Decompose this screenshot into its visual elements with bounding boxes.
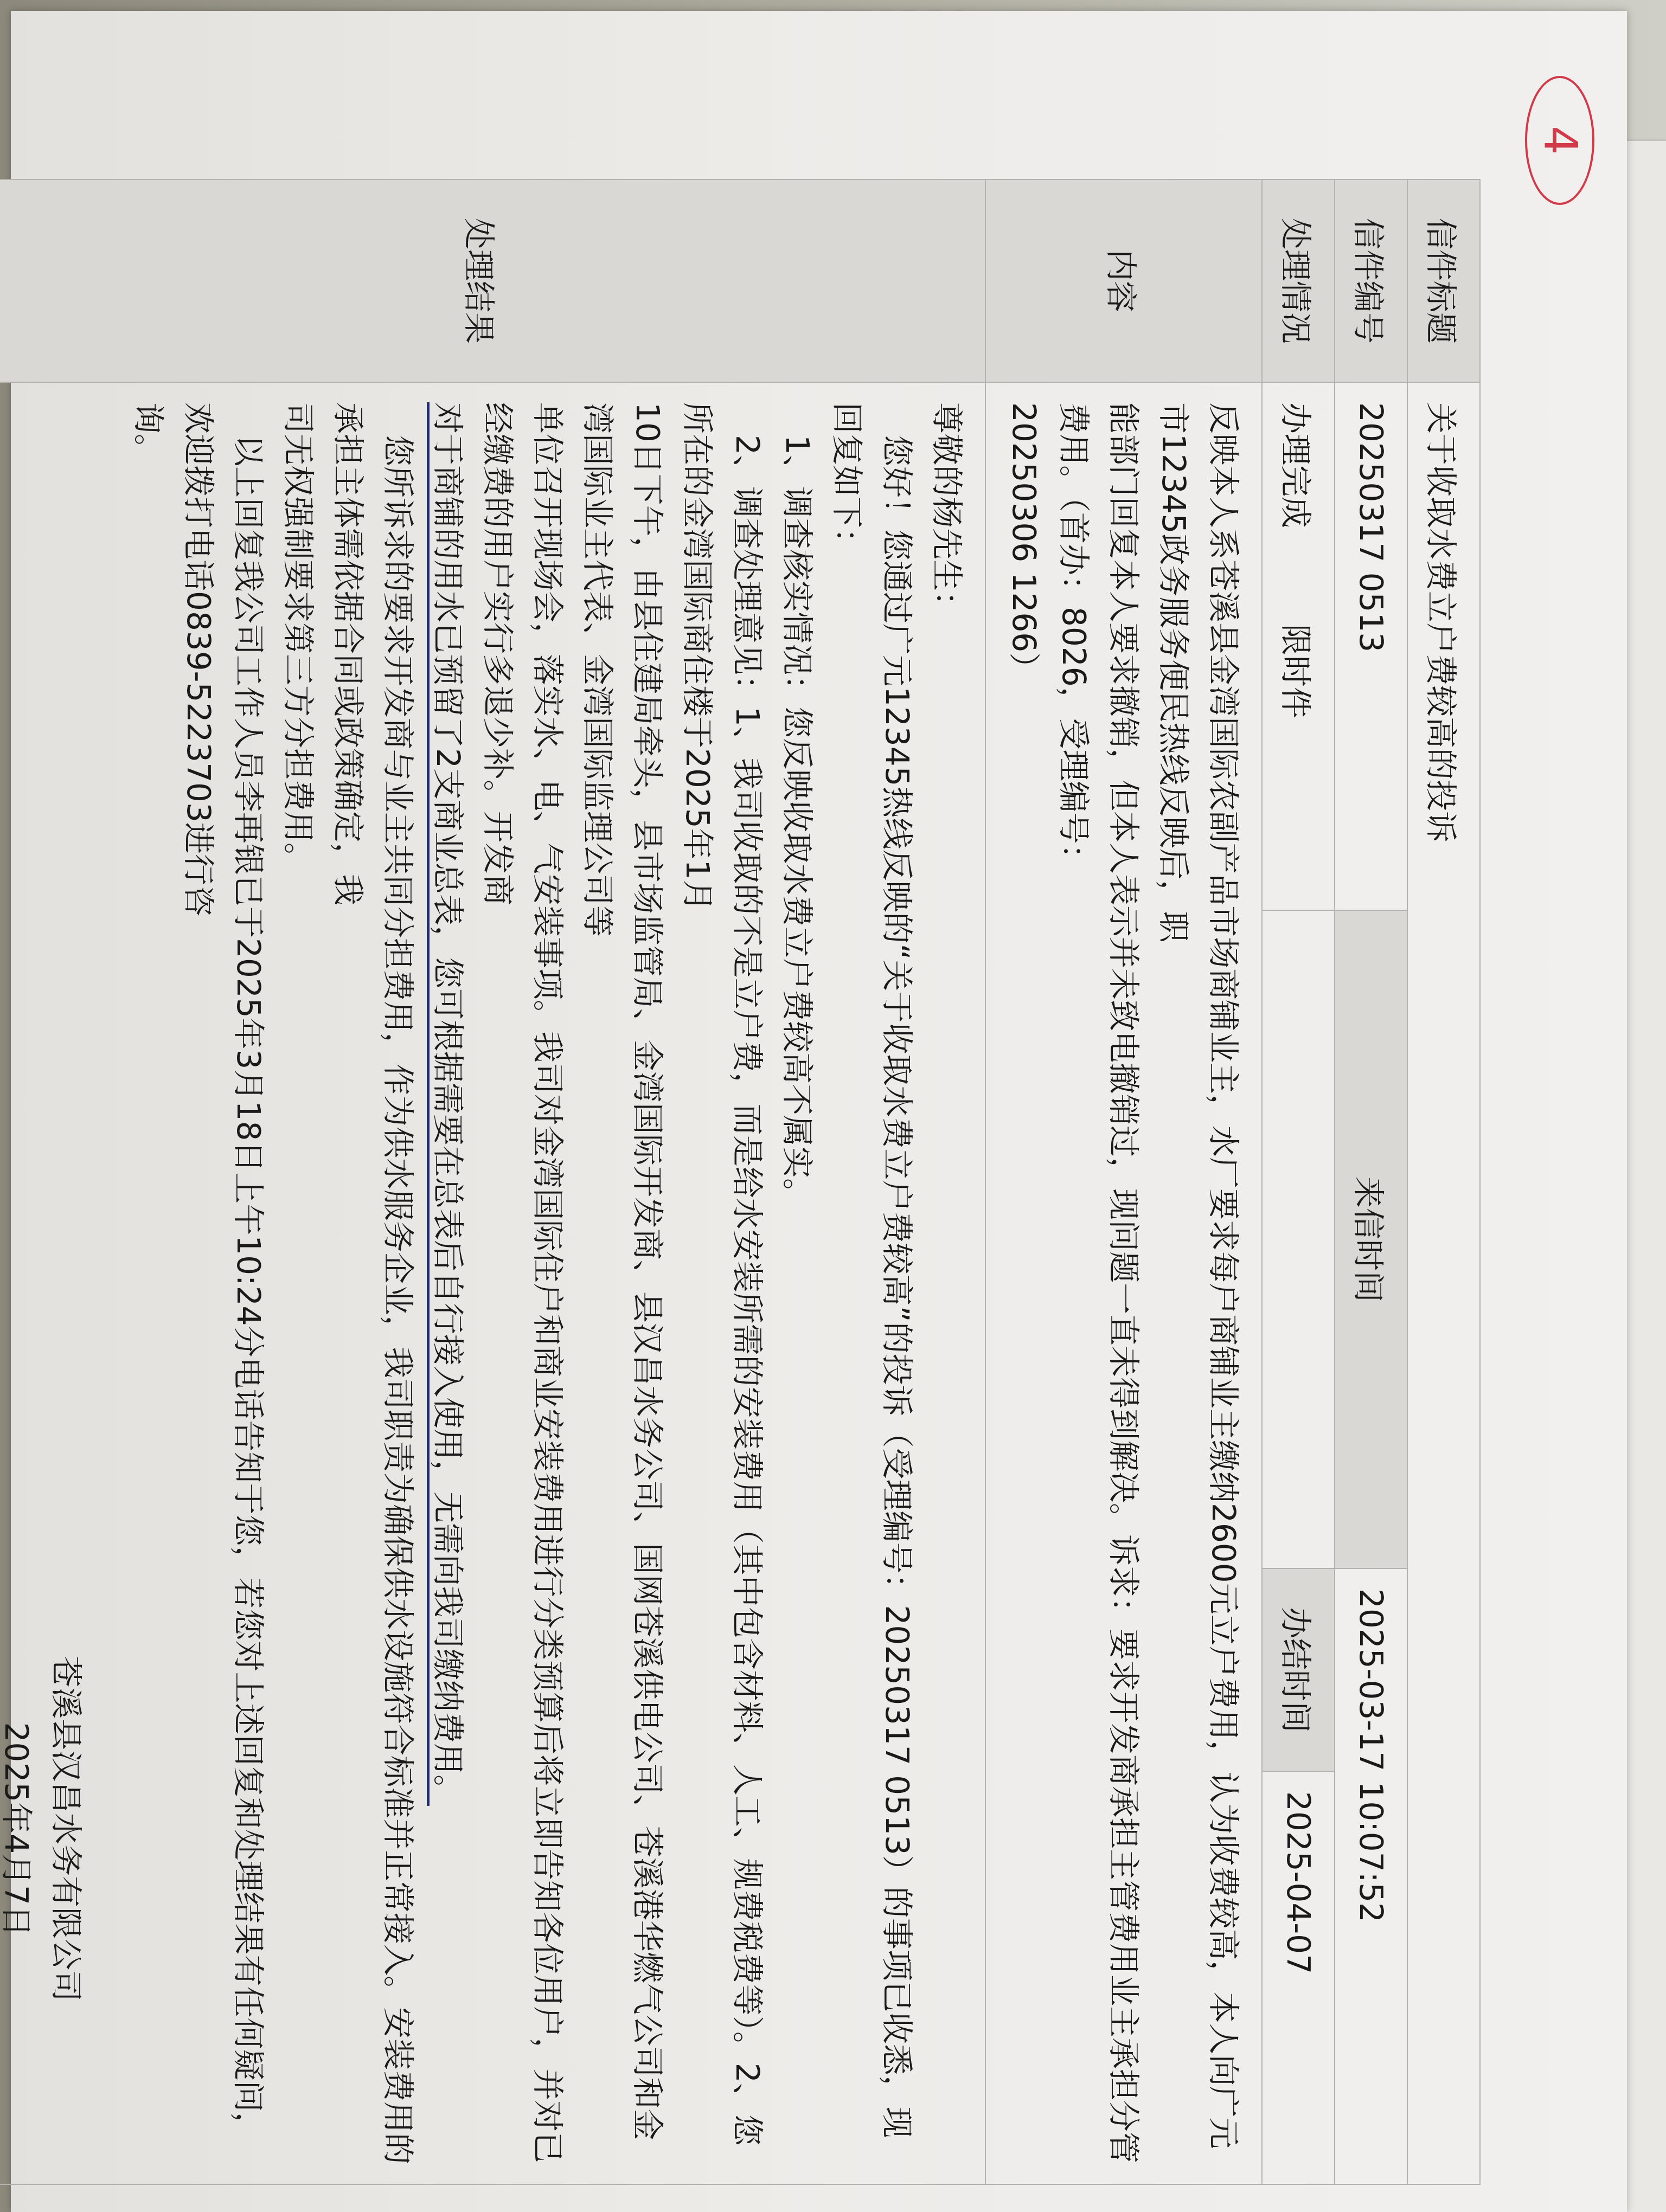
result-label: 处理结果: [0, 179, 985, 382]
reply-para-3-line: 您所诉求的要求开发商与业主共同分担费用，作为供水服务企业，我司职责为确保供水设施…: [323, 402, 423, 2164]
complaint-reply-sheet: 4 信件标题 关于收取水费立户费较高的投诉 信件编号 20250317 0513…: [11, 11, 1627, 2212]
number-value: 20250317 0513: [1335, 382, 1407, 910]
title-value: 关于收取水费立户费较高的投诉: [1407, 382, 1480, 2184]
result-value: 尊敬的杨先生： 您好！您通过广元12345热线反映的“关于收取水费立户费较高”的…: [0, 382, 985, 2184]
status-cell: 办理完成 限时件: [1262, 382, 1335, 910]
reply-para-4-line: 以上回复我公司工作人员李再银已于2025年3月18日上午10:24分电话告知于您…: [174, 402, 273, 2164]
completed-value: 2025-04-07: [1262, 1771, 1335, 2184]
row-content: 内容 反映本人系苍溪县金湾国际农副产品市场商铺业主，水厂要求每户商铺业主缴纳26…: [985, 179, 1262, 2184]
title-label: 信件标题: [1407, 179, 1480, 382]
row-result: 处理结果 尊敬的杨先生： 您好！您通过广元12345热线反映的“关于收取水费立户…: [0, 179, 985, 2184]
received-value: 2025-03-17 10:07:52: [1335, 1568, 1407, 2184]
signature-date: 2025年4月7日: [0, 402, 41, 2164]
row-status: 处理情况 办理完成 限时件 办结时间 2025-04-07: [1262, 179, 1335, 2184]
time-limit-value: 限时件: [1277, 624, 1314, 718]
reply-para-3-line: 司无权强制要求第三方分担费用。: [273, 402, 323, 2164]
content-line: 反映本人系苍溪县金湾国际农副产品市场商铺业主，水厂要求每户商铺业主缴纳2600元…: [1149, 402, 1248, 2164]
received-label: 来信时间: [1335, 910, 1407, 1568]
completed-label: 办结时间: [1262, 1568, 1335, 1771]
reply-item-2-line: 单位召开现场会，落实水、电、气安装事项。我司对金湾国际住户和商业安装费用进行分类…: [473, 402, 573, 2164]
content-label: 内容: [985, 179, 1262, 382]
handwritten-page-number: 4: [1525, 76, 1594, 205]
reply-para-4-line: 询。: [124, 402, 174, 2164]
status-label: 处理情况: [1262, 179, 1335, 382]
salutation: 尊敬的杨先生：: [922, 402, 972, 2164]
signature-org: 苍溪县汉昌水务有限公司: [41, 402, 91, 2164]
content-line: 20250306 1266）: [999, 402, 1049, 2164]
document-rotated: 4 信件标题 关于收取水费立户费较高的投诉 信件编号 20250317 0513…: [11, 11, 1627, 2212]
reply-item-2-line: 2、调查处理意见：1、我司收取的不是立户费，而是给水安装所需的安装费用（其中包含…: [672, 402, 772, 2164]
row-number: 信件编号 20250317 0513 来信时间 2025-03-17 10:07…: [1335, 179, 1407, 2184]
content-line: 能部门回复本人要求撤销，但本人表示并未致电撤销过，现问题一直未得到解决。诉求：要…: [1049, 402, 1149, 2164]
reply-item-2-line: 10日下午，由县住建局牵头，县市场监管局、金湾国际开发商、县汉昌水务公司、国网苍…: [573, 402, 672, 2164]
complaint-form-table: 信件标题 关于收取水费立户费较高的投诉 信件编号 20250317 0513 来…: [0, 179, 1481, 2185]
empty-cell: [1262, 910, 1335, 1568]
status-value: 办理完成: [1277, 402, 1314, 528]
row-title: 信件标题 关于收取水费立户费较高的投诉: [1407, 179, 1480, 2184]
reply-item-1: 1、调查核实情况：您反映收取水费立户费较高不属实。: [772, 402, 822, 2164]
number-label: 信件编号: [1335, 179, 1407, 382]
reply-intro: 您好！您通过广元12345热线反映的“关于收取水费立户费较高”的投诉（受理编号：…: [822, 402, 922, 2164]
content-value: 反映本人系苍溪县金湾国际农副产品市场商铺业主，水厂要求每户商铺业主缴纳2600元…: [985, 382, 1262, 2184]
reply-item-2-line-underlined: 对于商铺的用水已预留了2支商业总表，您可根据需要在总表后自行接入使用，无需向我司…: [423, 402, 473, 2164]
